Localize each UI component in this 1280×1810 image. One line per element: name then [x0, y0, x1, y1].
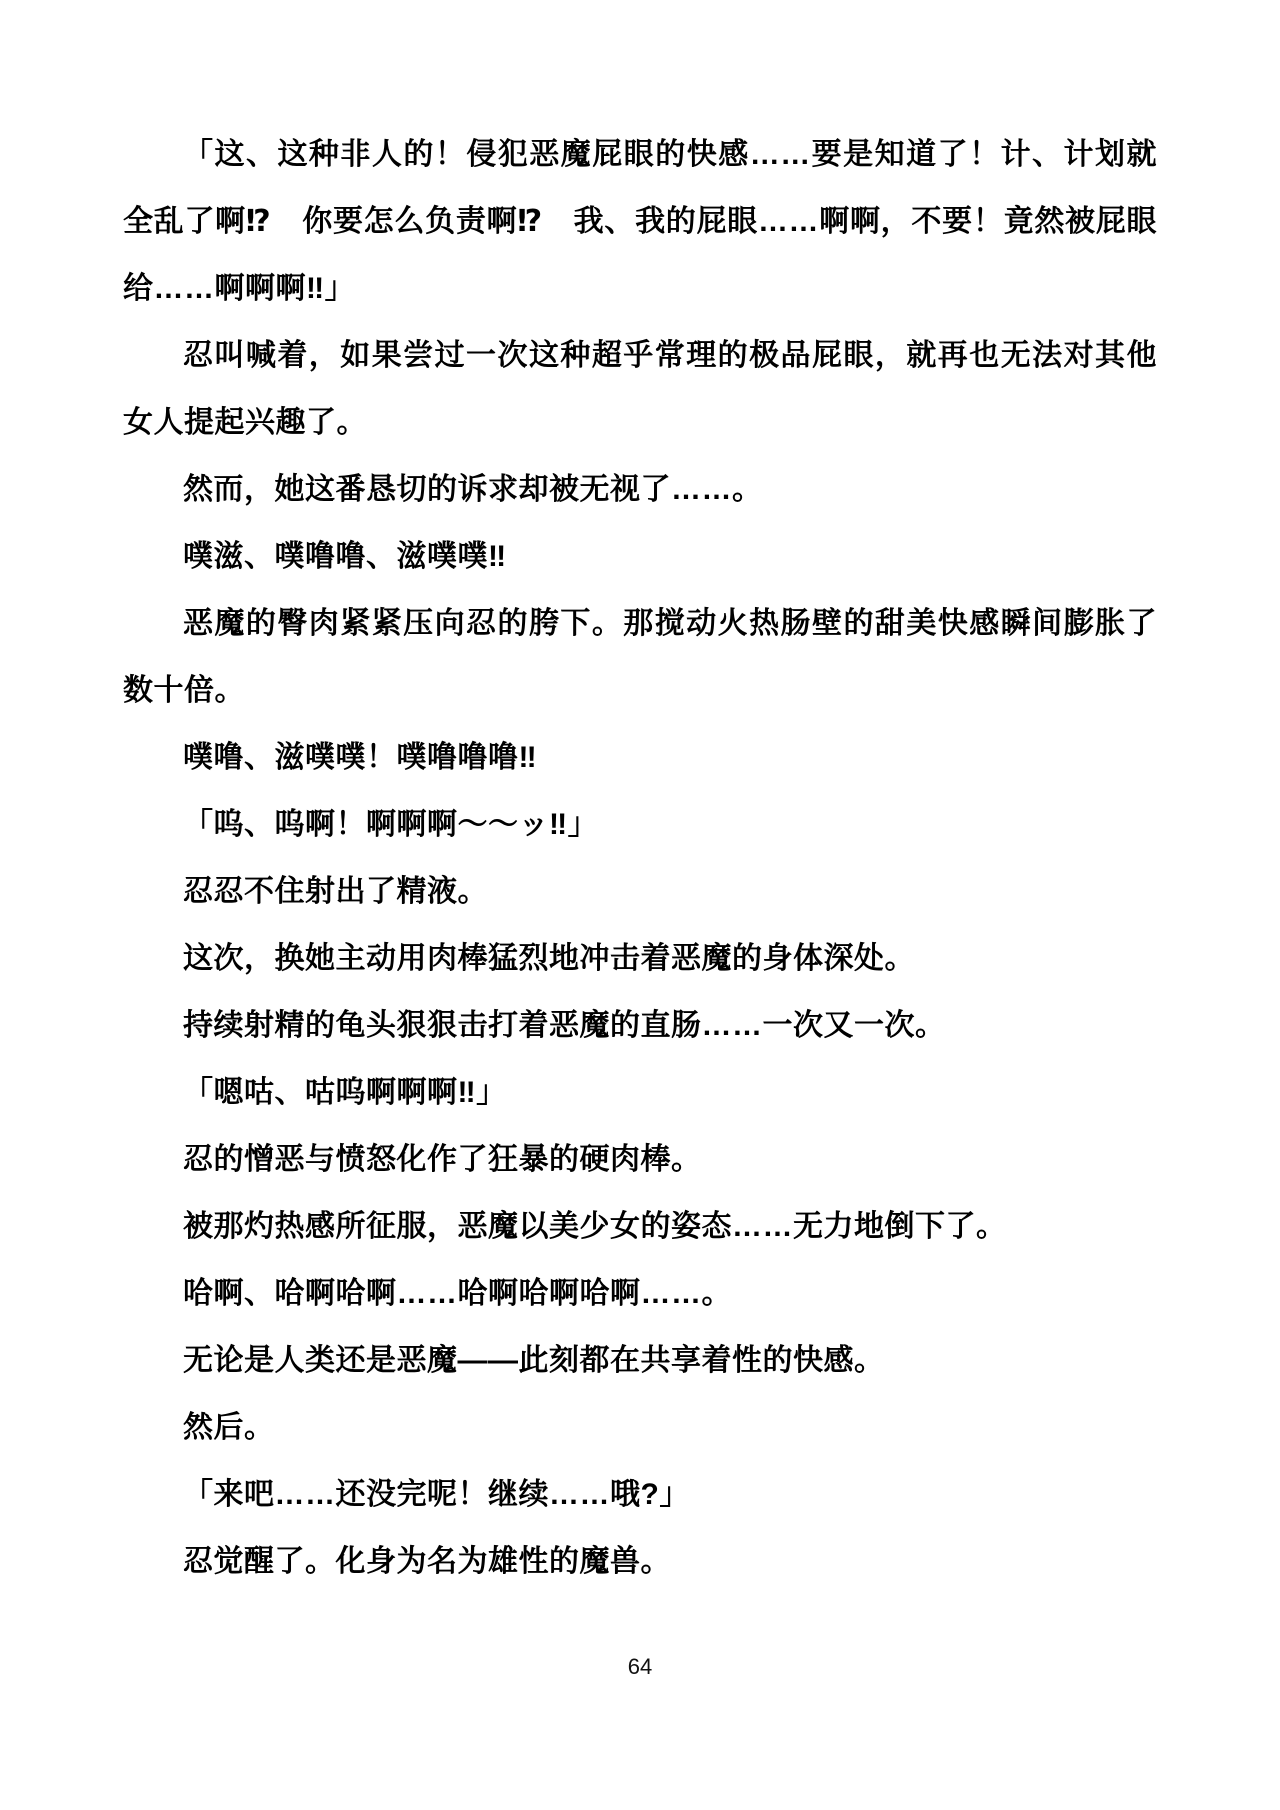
paragraph: 忍的憎恶与愤怒化作了狂暴的硬肉棒。 [123, 1126, 1157, 1193]
paragraph: 「这、这种非人的！侵犯恶魔屁眼的快感……要是知道了！计、计划就全乱了啊⁉ 你要怎… [123, 121, 1157, 322]
paragraph: 「呜、呜啊！啊啊啊～～ッ‼」 [123, 791, 1157, 858]
paragraph: 噗滋、噗噜噜、滋噗噗‼ [123, 523, 1157, 590]
paragraph: 忍忍不住射出了精液。 [123, 858, 1157, 925]
paragraph: 哈啊、哈啊哈啊……哈啊哈啊哈啊……。 [123, 1260, 1157, 1327]
paragraph: 忍叫喊着，如果尝过一次这种超乎常理的极品屁眼，就再也无法对其他女人提起兴趣了。 [123, 322, 1157, 456]
paragraph: 无论是人类还是恶魔——此刻都在共享着性的快感。 [123, 1327, 1157, 1394]
paragraph: 恶魔的臀肉紧紧压向忍的胯下。那搅动火热肠壁的甜美快感瞬间膨胀了数十倍。 [123, 590, 1157, 724]
page-body: 「这、这种非人的！侵犯恶魔屁眼的快感……要是知道了！计、计划就全乱了啊⁉ 你要怎… [123, 121, 1157, 1595]
paragraph: 噗噜、滋噗噗！噗噜噜噜‼ [123, 724, 1157, 791]
paragraph: 然而，她这番恳切的诉求却被无视了……。 [123, 456, 1157, 523]
paragraph: 忍觉醒了。化身为名为雄性的魔兽。 [123, 1528, 1157, 1595]
page-number: 64 [0, 1652, 1280, 1682]
paragraph: 「来吧……还没完呢！继续……哦?」 [123, 1461, 1157, 1528]
paragraph: 持续射精的龟头狠狠击打着恶魔的直肠……一次又一次。 [123, 992, 1157, 1059]
paragraph: 这次，换她主动用肉棒猛烈地冲击着恶魔的身体深处。 [123, 925, 1157, 992]
paragraph: 「嗯咕、咕呜啊啊啊‼」 [123, 1059, 1157, 1126]
paragraph: 被那灼热感所征服，恶魔以美少女的姿态……无力地倒下了。 [123, 1193, 1157, 1260]
paragraph: 然后。 [123, 1394, 1157, 1461]
document-page: 「这、这种非人的！侵犯恶魔屁眼的快感……要是知道了！计、计划就全乱了啊⁉ 你要怎… [0, 0, 1280, 1810]
